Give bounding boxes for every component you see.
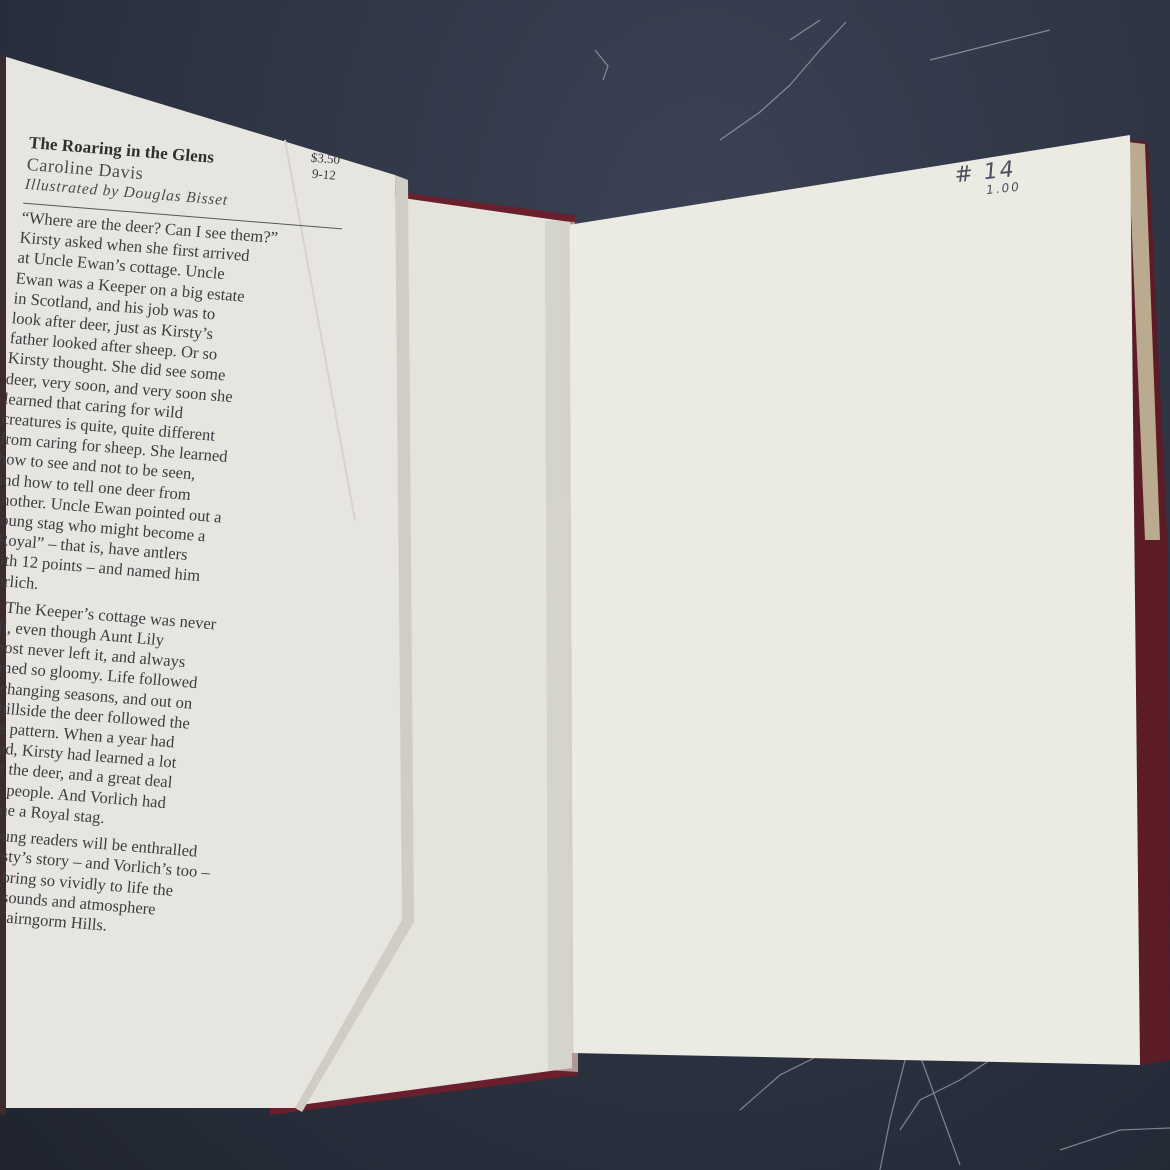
pencil-annotation: # 14 1.00 bbox=[953, 157, 1021, 201]
blurb-paragraph: The Keeper’s cottage was neverdull, even… bbox=[0, 596, 314, 844]
price-block: $3.50 9-12 bbox=[309, 150, 341, 184]
book-photo: $3.50 9-12 The Roaring in the Glens Caro… bbox=[0, 0, 1170, 1170]
age-range: 9-12 bbox=[309, 166, 340, 184]
blurb-paragraph: “Where are the deer? Can I see them?”Kir… bbox=[0, 208, 352, 617]
blurb-paragraph: Young readers will be enthralledby Kirst… bbox=[0, 823, 291, 950]
flyleaf-page bbox=[568, 135, 1140, 1065]
